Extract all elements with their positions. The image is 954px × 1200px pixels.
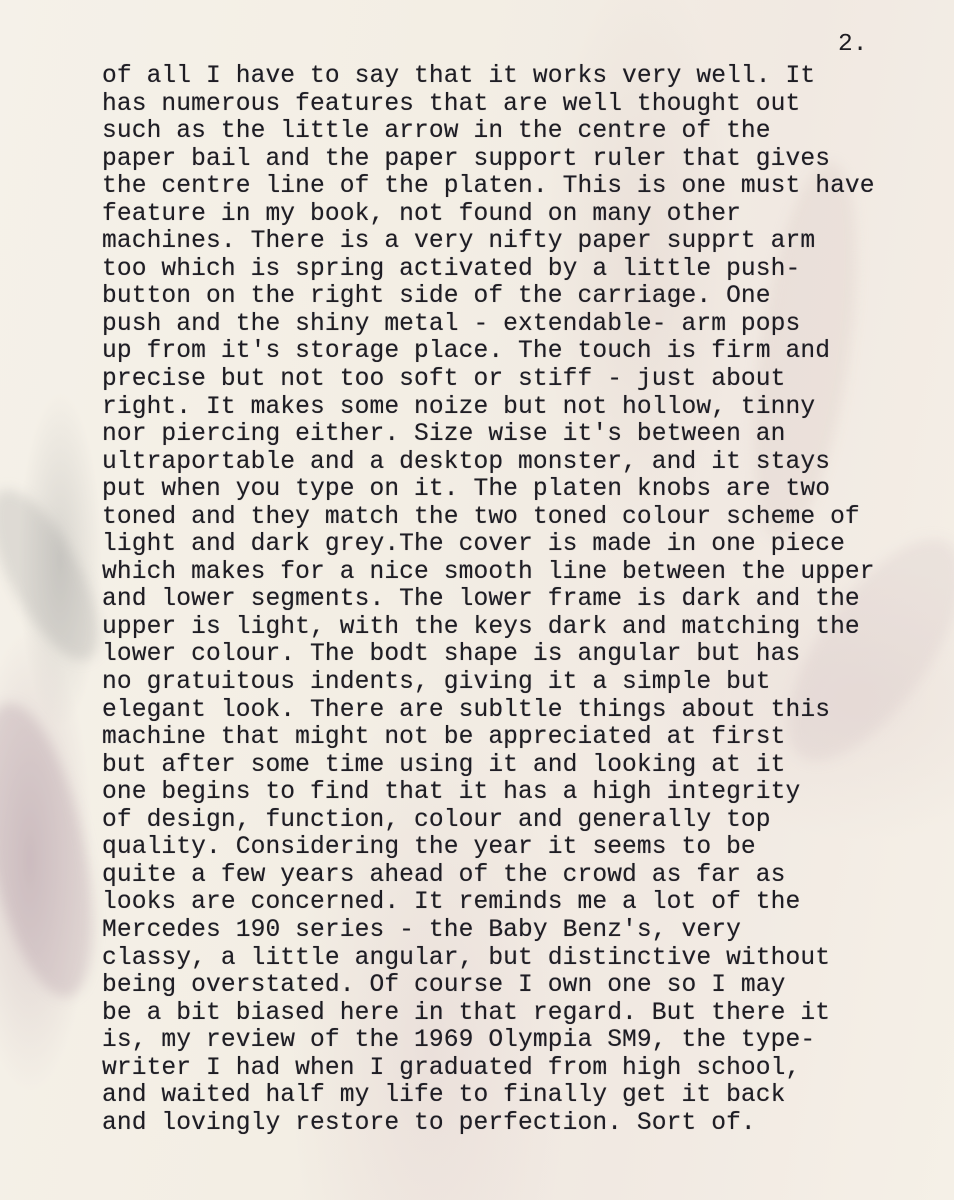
text-line: lower colour. The bodt shape is angular … <box>102 641 875 669</box>
text-line: right. It makes some noize but not hollo… <box>102 394 875 422</box>
text-line: up from it's storage place. The touch is… <box>102 338 875 366</box>
body-text: of all I have to say that it works very … <box>102 63 875 1137</box>
text-line: no gratuitous indents, giving it a simpl… <box>102 669 875 697</box>
text-line: elegant look. There are subltle things a… <box>102 697 875 725</box>
text-line: machines. There is a very nifty paper su… <box>102 228 875 256</box>
text-line: push and the shiny metal - extendable- a… <box>102 311 875 339</box>
text-line: too which is spring activated by a littl… <box>102 256 875 284</box>
text-line: paper bail and the paper support ruler t… <box>102 146 875 174</box>
text-line: precise but not too soft or stiff - just… <box>102 366 875 394</box>
text-line: button on the right side of the carriage… <box>102 283 875 311</box>
text-line: machine that might not be appreciated at… <box>102 724 875 752</box>
text-line: classy, a little angular, but distinctiv… <box>102 945 875 973</box>
text-line: and lovingly restore to perfection. Sort… <box>102 1110 875 1138</box>
text-line: one begins to find that it has a high in… <box>102 779 875 807</box>
text-line: but after some time using it and looking… <box>102 752 875 780</box>
text-line: and lower segments. The lower frame is d… <box>102 586 875 614</box>
typewritten-page: 2. of all I have to say that it works ve… <box>0 0 954 1200</box>
text-line: be a bit biased here in that regard. But… <box>102 1000 875 1028</box>
text-line: is, my review of the 1969 Olympia SM9, t… <box>102 1027 875 1055</box>
text-line: of design, function, colour and generall… <box>102 807 875 835</box>
text-line: nor piercing either. Size wise it's betw… <box>102 421 875 449</box>
text-line: being overstated. Of course I own one so… <box>102 972 875 1000</box>
text-line: looks are concerned. It reminds me a lot… <box>102 889 875 917</box>
page-number: 2. <box>838 30 867 60</box>
text-line: toned and they match the two toned colou… <box>102 504 875 532</box>
text-line: of all I have to say that it works very … <box>102 63 875 91</box>
text-line: has numerous features that are well thou… <box>102 91 875 119</box>
text-line: light and dark grey.The cover is made in… <box>102 531 875 559</box>
text-line: Mercedes 190 series - the Baby Benz's, v… <box>102 917 875 945</box>
paint-stain-mauve <box>0 693 115 1006</box>
text-line: quite a few years ahead of the crowd as … <box>102 862 875 890</box>
text-line: quality. Considering the year it seems t… <box>102 834 875 862</box>
text-line: feature in my book, not found on many ot… <box>102 201 875 229</box>
text-line: such as the little arrow in the centre o… <box>102 118 875 146</box>
text-line: put when you type on it. The platen knob… <box>102 476 875 504</box>
text-line: and waited half my life to finally get i… <box>102 1082 875 1110</box>
text-line: the centre line of the platen. This is o… <box>102 173 875 201</box>
text-line: upper is light, with the keys dark and m… <box>102 614 875 642</box>
text-line: ultraportable and a desktop monster, and… <box>102 449 875 477</box>
text-line: writer I had when I graduated from high … <box>102 1055 875 1083</box>
text-line: which makes for a nice smooth line betwe… <box>102 559 875 587</box>
